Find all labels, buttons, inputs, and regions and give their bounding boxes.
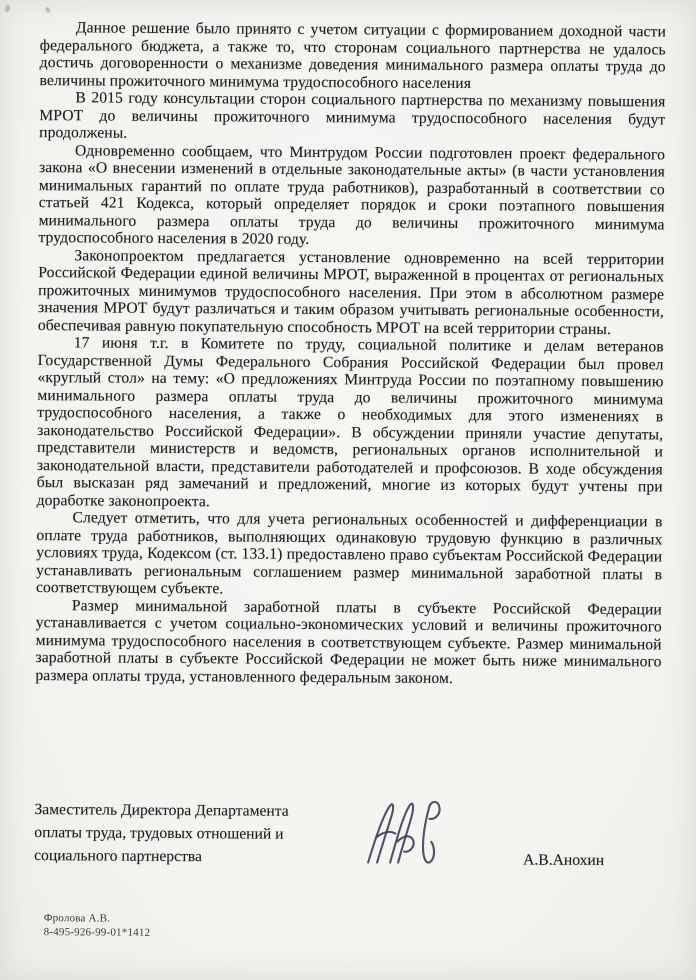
- position-title-line: социального партнерства: [34, 844, 334, 869]
- executor-name: Фролова А.В.: [44, 912, 151, 926]
- body-paragraph: В 2015 году консультации сторон социальн…: [39, 89, 665, 146]
- body-paragraph: Данное решение было принято с учетом сит…: [40, 19, 666, 93]
- body-paragraph: Одновременно сообщаем, что Минтрудом Рос…: [38, 142, 665, 251]
- signatory-name: А.В.Анохин: [523, 851, 604, 870]
- signatory-position-title: Заместитель Директора Департамента оплат…: [34, 798, 334, 869]
- executor-footer: Фролова А.В. 8-495-926-99-01*1412: [44, 912, 151, 940]
- executor-phone: 8-495-926-99-01*1412: [44, 926, 151, 940]
- position-title-line: Заместитель Директора Департамента: [34, 798, 334, 823]
- body-paragraph: 17 июня т.г. в Комитете по труду, социал…: [37, 334, 664, 513]
- scanned-content: Данное решение было принято с учетом сит…: [0, 0, 696, 980]
- handwritten-signature-icon: [360, 796, 461, 890]
- signature-block: Заместитель Директора Департамента оплат…: [34, 798, 663, 891]
- document-page: Данное решение было принято с учетом сит…: [0, 0, 696, 980]
- position-title-line: оплаты труда, трудовых отношений и: [34, 821, 334, 846]
- letter-body: Данное решение было принято с учетом сит…: [35, 19, 666, 688]
- body-paragraph: Следует отметить, что для учета регионал…: [36, 509, 663, 601]
- body-paragraph: Размер минимальной заработной платы в су…: [35, 597, 662, 689]
- body-paragraph: Законопроектом предлагается установление…: [38, 247, 665, 339]
